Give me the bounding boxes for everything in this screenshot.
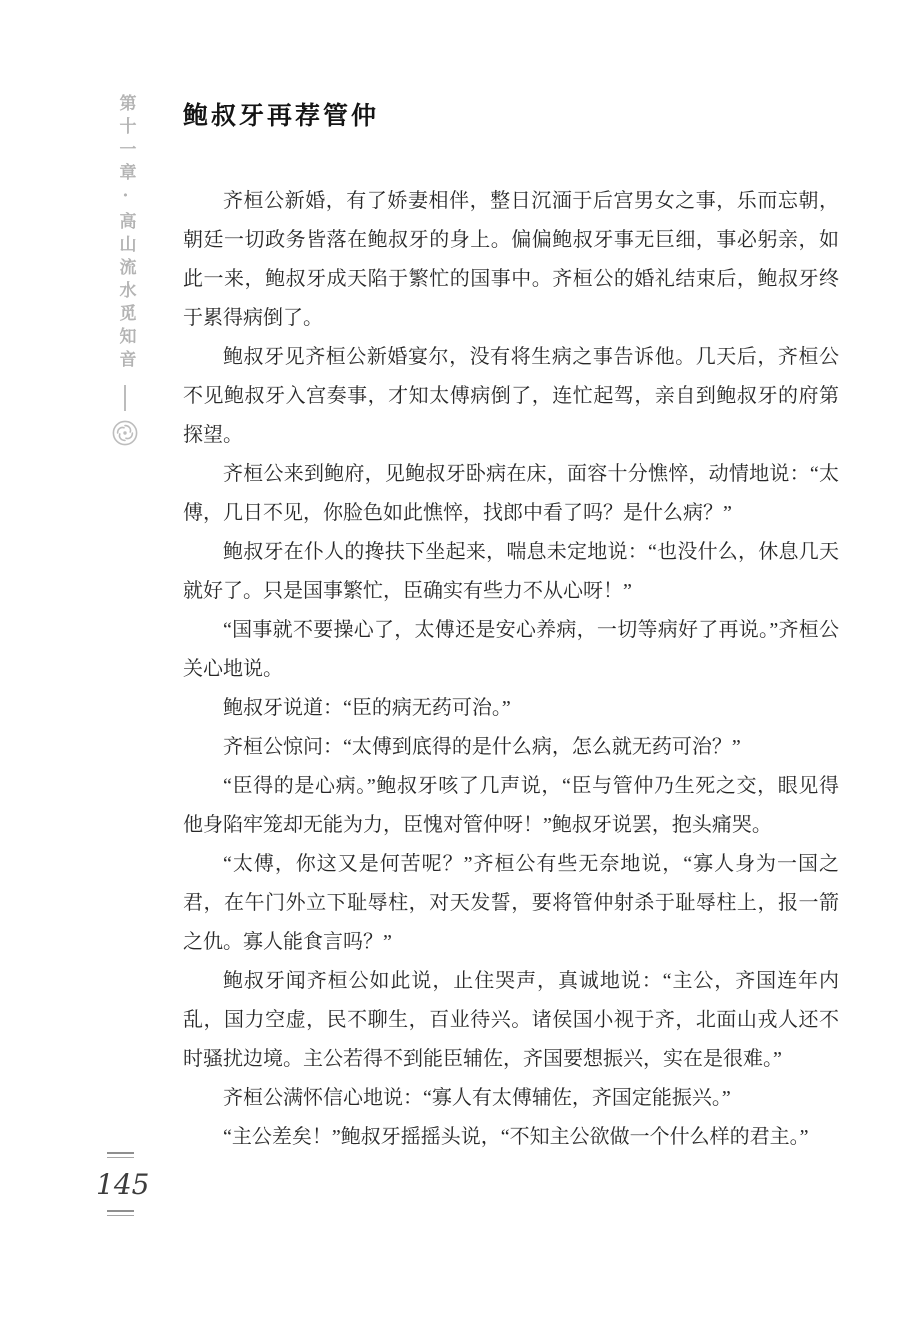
paragraph: 齐桓公惊问：“太傅到底得的是什么病，怎么就无药可治？” <box>183 728 839 767</box>
page-folio: 145 <box>94 1152 146 1216</box>
paragraph: “国事就不要操心了，太傅还是安心养病，一切等病好了再说。”齐桓公关心地说。 <box>183 611 839 689</box>
section-title: 鲍叔牙再荐管仲 <box>183 96 839 132</box>
body-text: 齐桓公新婚，有了娇妻相伴，整日沉湎于后宫男女之事，乐而忘朝，朝廷一切政务皆落在鲍… <box>183 182 839 1157</box>
paragraph: 鲍叔牙说道：“臣的病无药可治。” <box>183 689 839 728</box>
paragraph: 齐桓公来到鲍府，见鲍叔牙卧病在床，面容十分憔悴，动情地说：“太傅，几日不见，你脸… <box>183 455 839 533</box>
folio-bottom-rule <box>107 1210 134 1216</box>
paragraph: 齐桓公新婚，有了娇妻相伴，整日沉湎于后宫男女之事，乐而忘朝，朝廷一切政务皆落在鲍… <box>183 182 839 338</box>
paragraph: 鲍叔牙在仆人的搀扶下坐起来，喘息未定地说：“也没什么，休息几天就好了。只是国事繁… <box>183 533 839 611</box>
paragraph: 鲍叔牙见齐桓公新婚宴尔，没有将生病之事告诉他。几天后，齐桓公不见鲍叔牙入宫奏事，… <box>183 338 839 455</box>
chapter-sidebar: 第十一章·高山流水觅知音 <box>106 94 144 446</box>
paragraph: “主公差矣！”鲍叔牙摇摇头说，“不知主公欲做一个什么样的君主。” <box>183 1118 839 1157</box>
page-content: 鲍叔牙再荐管仲 齐桓公新婚，有了娇妻相伴，整日沉湎于后宫男女之事，乐而忘朝，朝廷… <box>183 96 839 1157</box>
folio-top-rule <box>107 1152 134 1158</box>
chapter-dash-divider <box>124 385 126 411</box>
chapter-title-vertical: 第十一章·高山流水觅知音 <box>117 94 134 373</box>
paragraph: 齐桓公满怀信心地说：“寡人有太傅辅佐，齐国定能振兴。” <box>183 1079 839 1118</box>
book-page: 第十一章·高山流水觅知音 鲍叔牙再荐管仲 齐桓公新婚，有了娇妻相伴，整日沉湎于后… <box>0 0 913 1338</box>
paragraph: 鲍叔牙闻齐桓公如此说，止住哭声，真诚地说：“主公，齐国连年内乱，国力空虚，民不聊… <box>183 962 839 1079</box>
paragraph: “太傅，你这又是何苦呢？”齐桓公有些无奈地说，“寡人身为一国之君，在午门外立下耻… <box>183 845 839 962</box>
swirl-seal-ornament-icon <box>112 420 138 446</box>
page-number: 145 <box>94 1168 149 1201</box>
paragraph: “臣得的是心病。”鲍叔牙咳了几声说，“臣与管仲乃生死之交，眼见得他身陷牢笼却无能… <box>183 767 839 845</box>
